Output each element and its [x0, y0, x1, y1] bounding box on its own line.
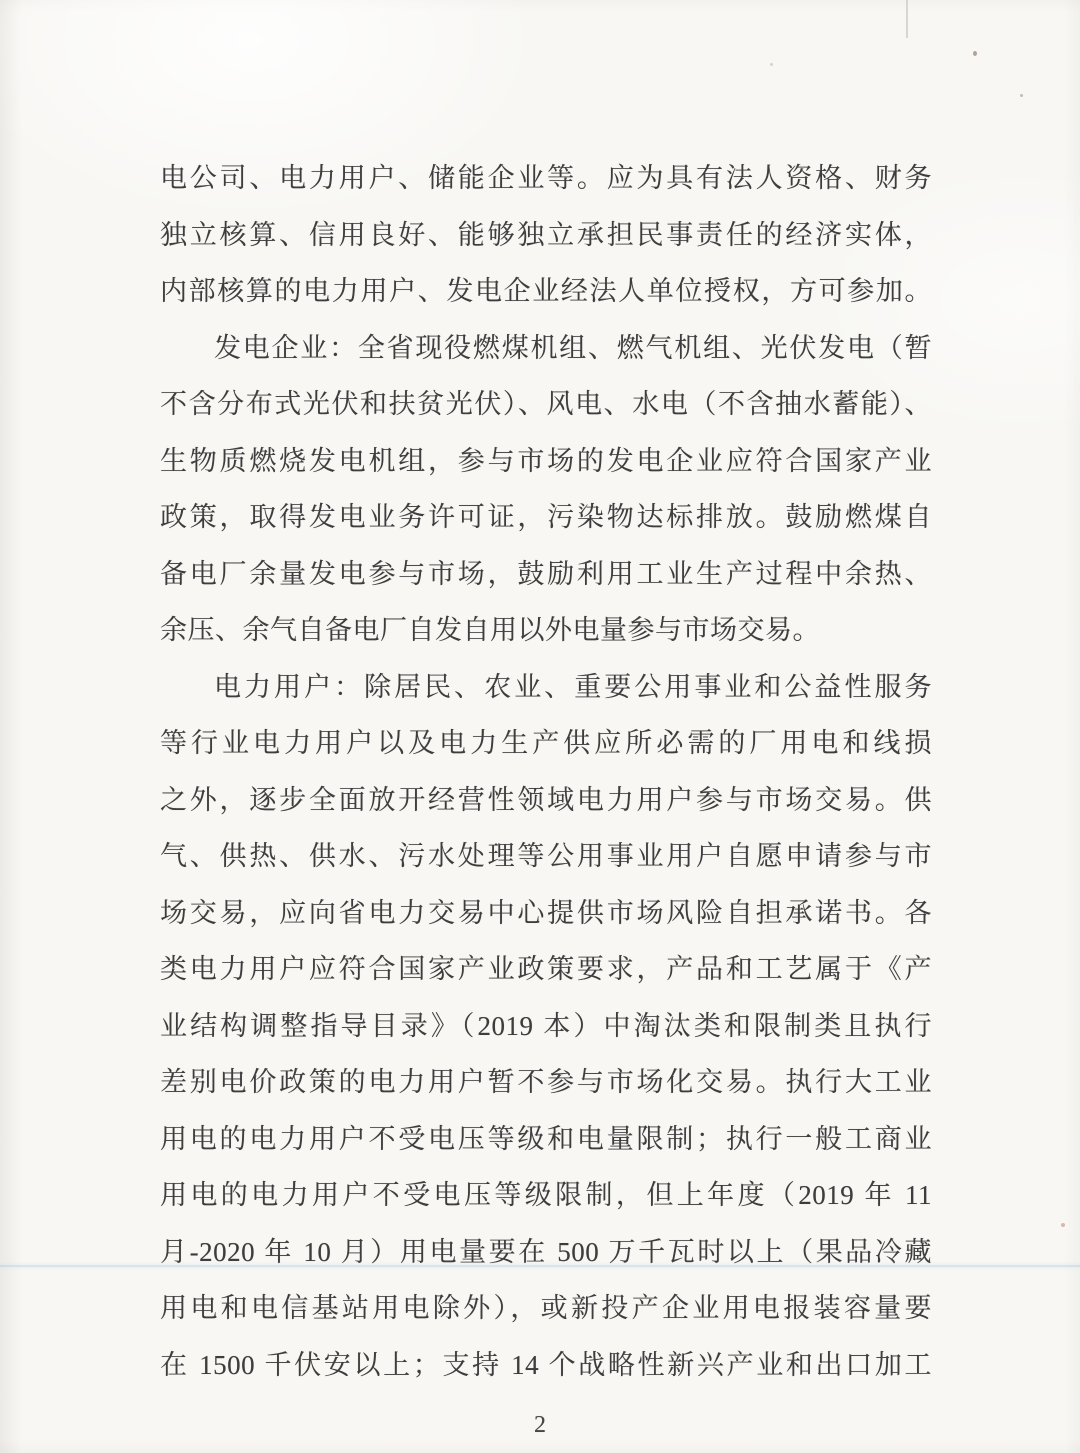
scan-speck	[770, 63, 773, 66]
text-line: 用电的电力用户不受电压等级和电量限制；执行一般工商业	[160, 1111, 932, 1168]
scan-speck	[973, 51, 977, 56]
scan-speck	[1020, 94, 1023, 97]
text-line: 用电和电信基站用电除外），或新投产企业用电报装容量要	[160, 1280, 932, 1337]
text-line: 类电力用户应符合国家产业政策要求，产品和工艺属于《产	[160, 941, 932, 998]
text-line: 电公司、电力用户、储能企业等。应为具有法人资格、财务	[160, 150, 932, 207]
text-line: 场交易，应向省电力交易中心提供市场风险自担承诺书。各	[160, 885, 932, 942]
document-page: 电公司、电力用户、储能企业等。应为具有法人资格、财务独立核算、信用良好、能够独立…	[0, 0, 1080, 1453]
text-line: 等行业电力用户以及电力生产供应所必需的厂用电和线损	[160, 715, 932, 772]
text-line: 气、供热、供水、污水处理等公用事业用户自愿申请参与市	[160, 828, 932, 885]
document-body: 电公司、电力用户、储能企业等。应为具有法人资格、财务独立核算、信用良好、能够独立…	[160, 150, 932, 1393]
scan-speck	[1061, 1223, 1065, 1227]
text-line: 之外，逐步全面放开经营性领域电力用户参与市场交易。供	[160, 772, 932, 829]
scan-line-artifact	[0, 1265, 1080, 1267]
text-line: 差别电价政策的电力用户暂不参与市场化交易。执行大工业	[160, 1054, 932, 1111]
text-line: 独立核算、信用良好、能够独立承担民事责任的经济实体，	[160, 207, 932, 264]
text-line: 备电厂余量发电参与市场，鼓励利用工业生产过程中余热、	[160, 546, 932, 603]
text-line: 业结构调整指导目录》（2019 本）中淘汰类和限制类且执行	[160, 998, 932, 1055]
text-line: 在 1500 千伏安以上；支持 14 个战略性新兴产业和出口加工	[160, 1337, 932, 1394]
page-number: 2	[0, 1412, 1080, 1439]
text-line: 发电企业：全省现役燃煤机组、燃气机组、光伏发电（暂	[160, 320, 932, 377]
text-line: 不含分布式光伏和扶贫光伏）、风电、水电（不含抽水蓄能）、	[160, 376, 932, 433]
text-line: 政策，取得发电业务许可证，污染物达标排放。鼓励燃煤自	[160, 489, 932, 546]
text-line: 用电的电力用户不受电压等级限制，但上年度（2019 年 11	[160, 1167, 932, 1224]
text-line: 余压、余气自备电厂自发自用以外电量参与市场交易。	[160, 602, 932, 659]
text-line: 月-2020 年 10 月）用电量要在 500 万千瓦时以上（果品冷藏	[160, 1224, 932, 1281]
text-line: 电力用户：除居民、农业、重要公用事业和公益性服务	[160, 659, 932, 716]
text-line: 生物质燃烧发电机组，参与市场的发电企业应符合国家产业	[160, 433, 932, 490]
text-line: 内部核算的电力用户、发电企业经法人单位授权，方可参加。	[160, 263, 932, 320]
page-crease-artifact	[906, 0, 908, 38]
